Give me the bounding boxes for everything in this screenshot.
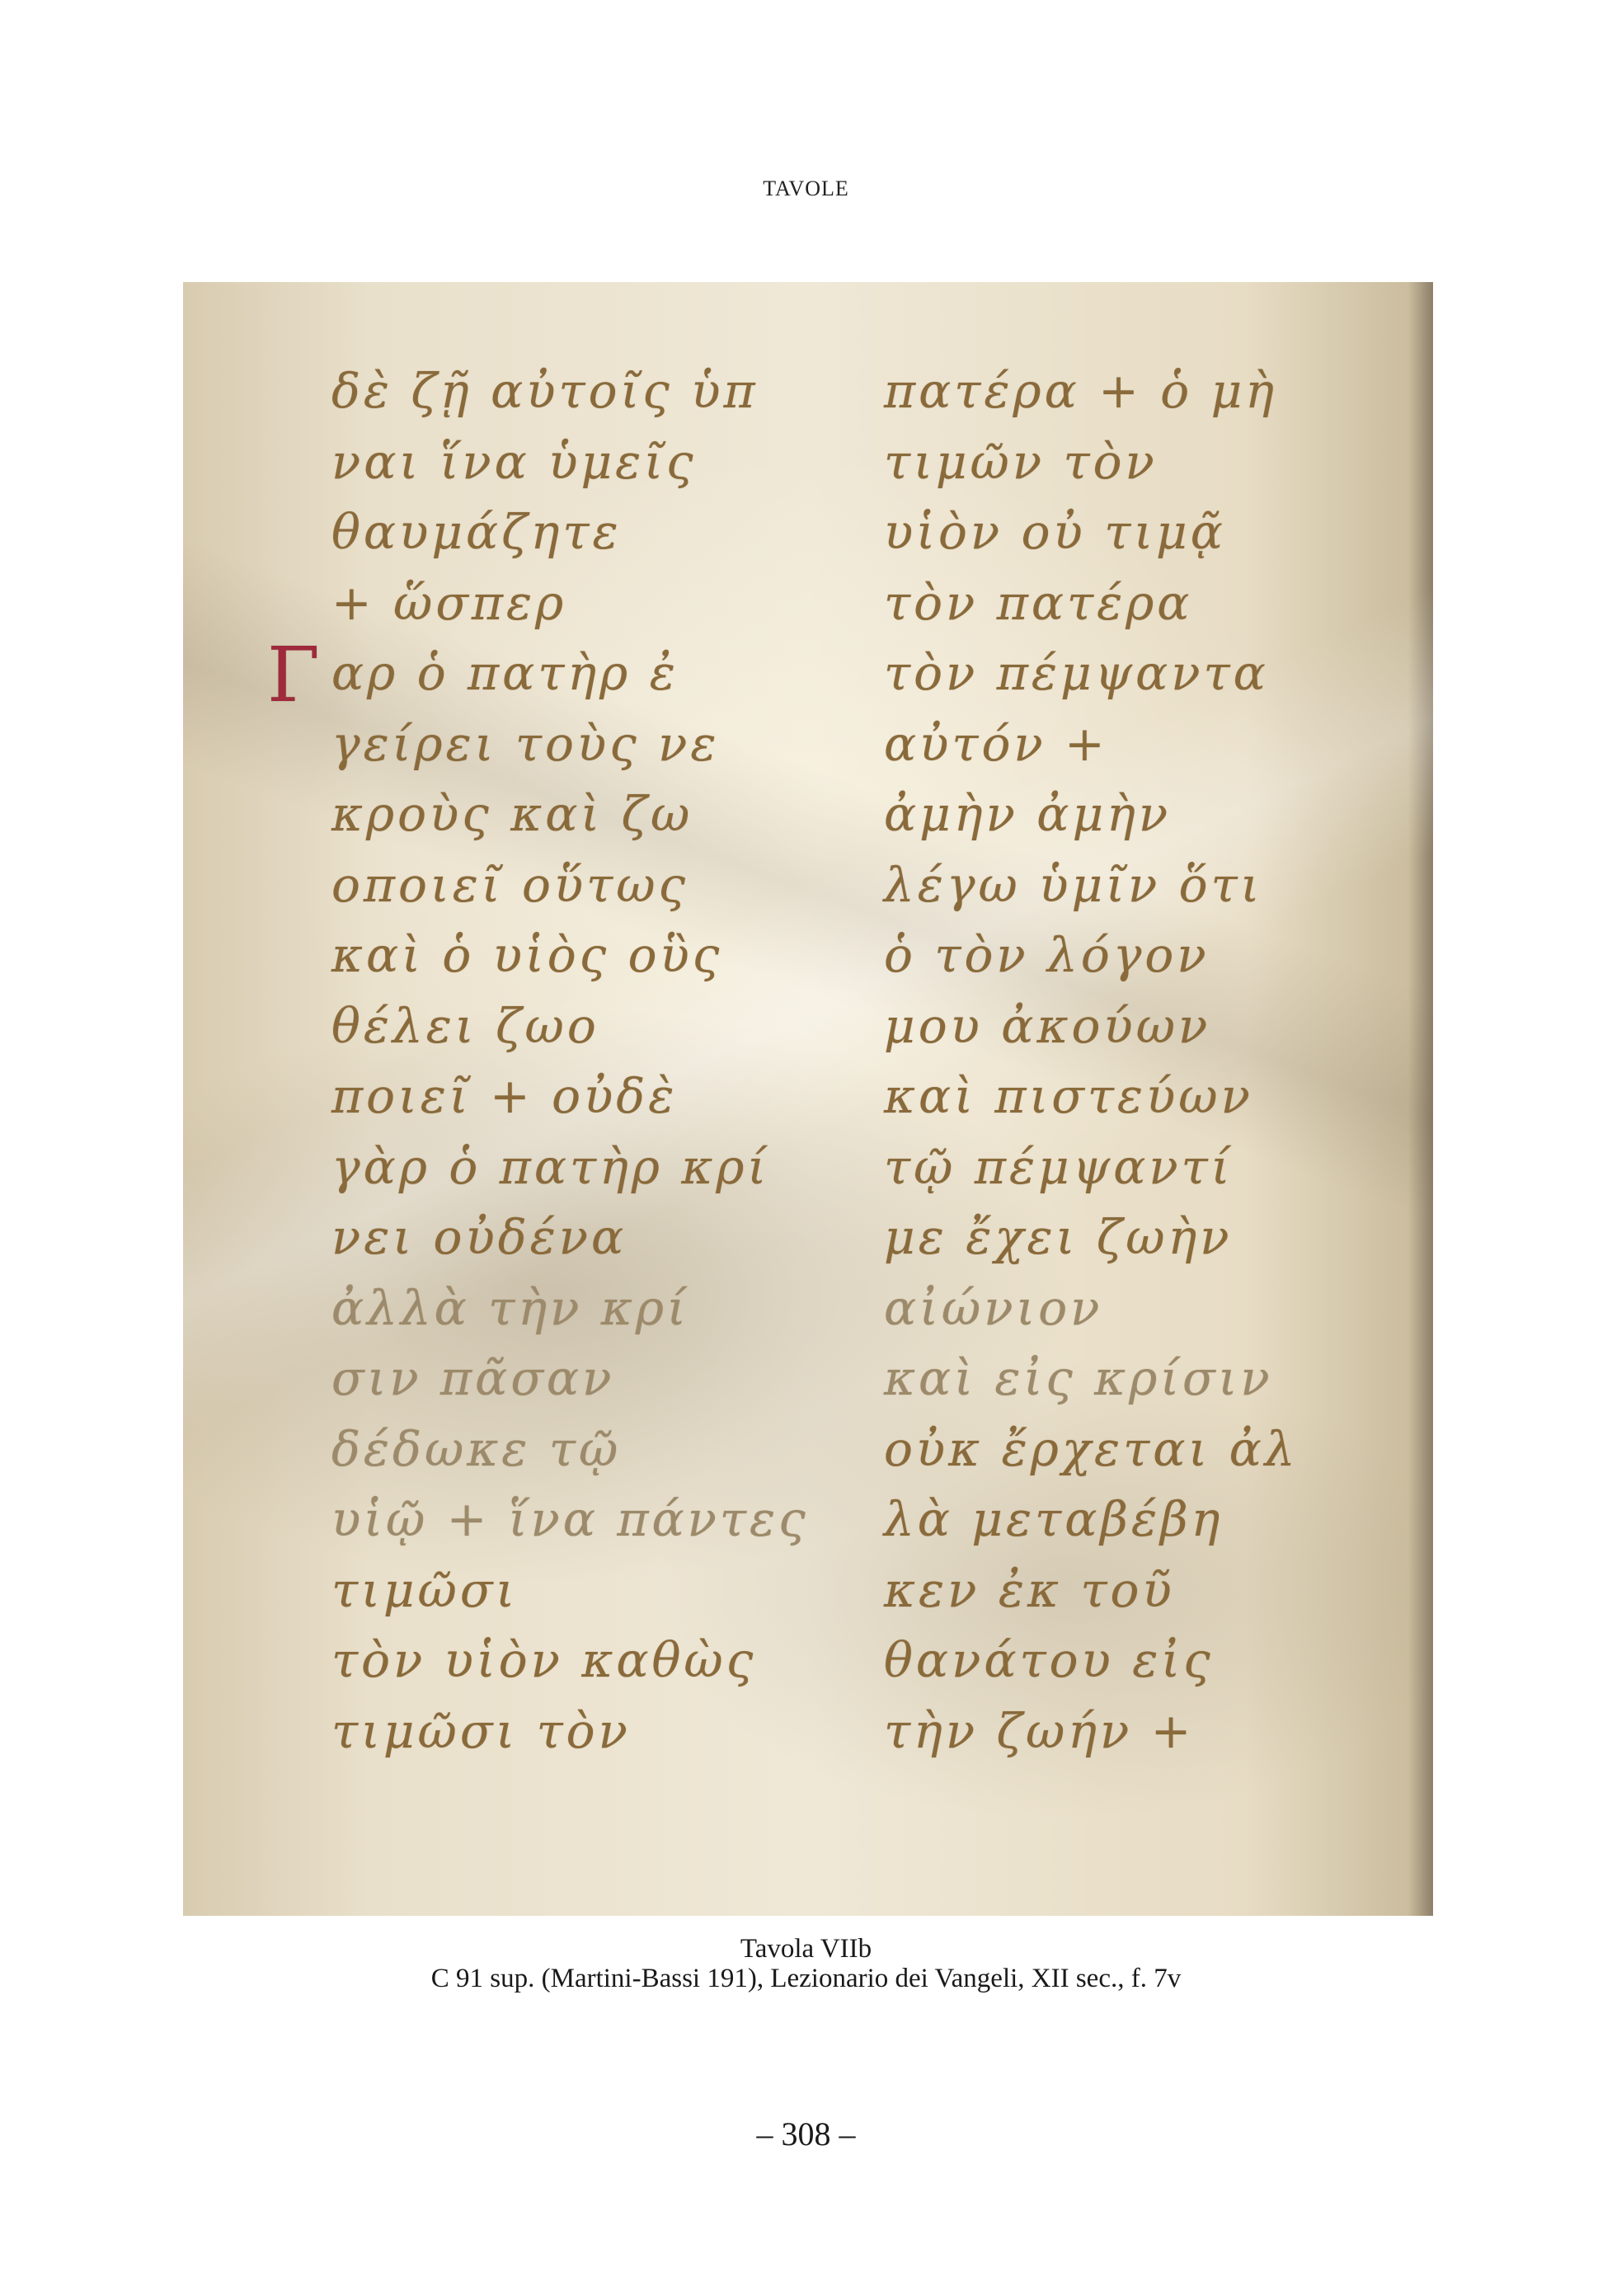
ms-line: ἀλλὰ τὴν κρί <box>331 1273 793 1344</box>
ms-line: θανάτου εἰς <box>884 1626 1346 1696</box>
ms-line: τιμῶσι <box>331 1555 793 1626</box>
running-head: TAVOLE <box>0 176 1612 201</box>
ms-line: σιν πᾶσαν <box>331 1343 793 1414</box>
ms-line: δὲ ζῇ αὐτοῖς ὑπ <box>331 356 793 427</box>
ms-line: γὰρ ὁ πατὴρ κρί <box>331 1132 793 1203</box>
ms-line: αἰώνιον <box>884 1273 1346 1344</box>
ms-line: υἱῷ + ἵνα πάντες <box>331 1484 793 1555</box>
ms-line: τὸν πέμψαντα <box>884 638 1346 709</box>
ms-line: κεν ἐκ τοῦ <box>884 1555 1346 1626</box>
ms-line: δέδωκε τῷ <box>331 1414 793 1485</box>
ms-line: γείρει τοὺς νε <box>331 709 793 780</box>
ms-line: ποιεῖ + οὐδὲ <box>331 1061 793 1132</box>
ms-line: οποιεῖ οὕτως <box>331 850 793 921</box>
ms-line: οὐκ ἔρχεται ἀλ <box>884 1414 1346 1485</box>
ms-line: καὶ πιστεύων <box>884 1061 1346 1132</box>
ms-line: ναι ἵνα ὑμεῖς <box>331 427 793 498</box>
caption-subtitle: C 91 sup. (Martini-Bassi 191), Lezionari… <box>0 1964 1612 1993</box>
ms-line: τιμῶσι τὸν <box>331 1696 793 1767</box>
ms-line: θαυμάζητε <box>331 497 793 568</box>
ms-line: + ὥσπερ <box>331 568 793 639</box>
ms-line: τιμῶν τὸν <box>884 427 1346 498</box>
ms-line: καὶ ὁ υἱὸς οὓς <box>331 920 793 991</box>
ms-line: Γ αρ ὁ πατὴρ ἐ <box>331 638 793 709</box>
ms-line: με ἔχει ζωὴν <box>884 1202 1346 1273</box>
manuscript-right-column: πατέρα + ὁ μὴ τιμῶν τὸν υἱὸν οὐ τιμᾷ τὸν… <box>884 356 1346 1767</box>
ms-line: λὰ μεταβέβη <box>884 1484 1346 1555</box>
ms-line: ἀμὴν ἀμὴν <box>884 779 1346 850</box>
ms-line: πατέρα + ὁ μὴ <box>884 356 1346 427</box>
ms-line: τῷ πέμψαντί <box>884 1132 1346 1203</box>
page-number: – 308 – <box>0 2115 1612 2153</box>
ms-line: θέλει ζωο <box>331 991 793 1062</box>
ms-line: μου ἀκούων <box>884 991 1346 1062</box>
plate-caption: Tavola VIIb C 91 sup. (Martini-Bassi 191… <box>0 1934 1612 1993</box>
ms-line: ὁ τὸν λόγον <box>884 920 1346 991</box>
ms-line: κροὺς καὶ ζω <box>331 779 793 850</box>
ms-line: λέγω ὑμῖν ὅτι <box>884 850 1346 921</box>
ms-line: υἱὸν οὐ τιμᾷ <box>884 497 1346 568</box>
caption-title: Tavola VIIb <box>0 1934 1612 1964</box>
manuscript-plate-image: δὲ ζῇ αὐτοῖς ὑπ ναι ἵνα ὑμεῖς θαυμάζητε … <box>183 282 1433 1916</box>
ms-line: αὐτόν + <box>884 709 1346 780</box>
ms-line: τὸν πατέρα <box>884 568 1346 639</box>
ms-line: καὶ εἰς κρίσιν <box>884 1343 1346 1414</box>
ms-line: νει οὐδένα <box>331 1202 793 1273</box>
ms-line: τὴν ζωήν + <box>884 1696 1346 1767</box>
manuscript-left-column: δὲ ζῇ αὐτοῖς ὑπ ναι ἵνα ὑμεῖς θαυμάζητε … <box>331 356 793 1767</box>
ms-line: τὸν υἱὸν καθὼς <box>331 1626 793 1696</box>
rubricated-initial: Γ <box>267 640 323 710</box>
